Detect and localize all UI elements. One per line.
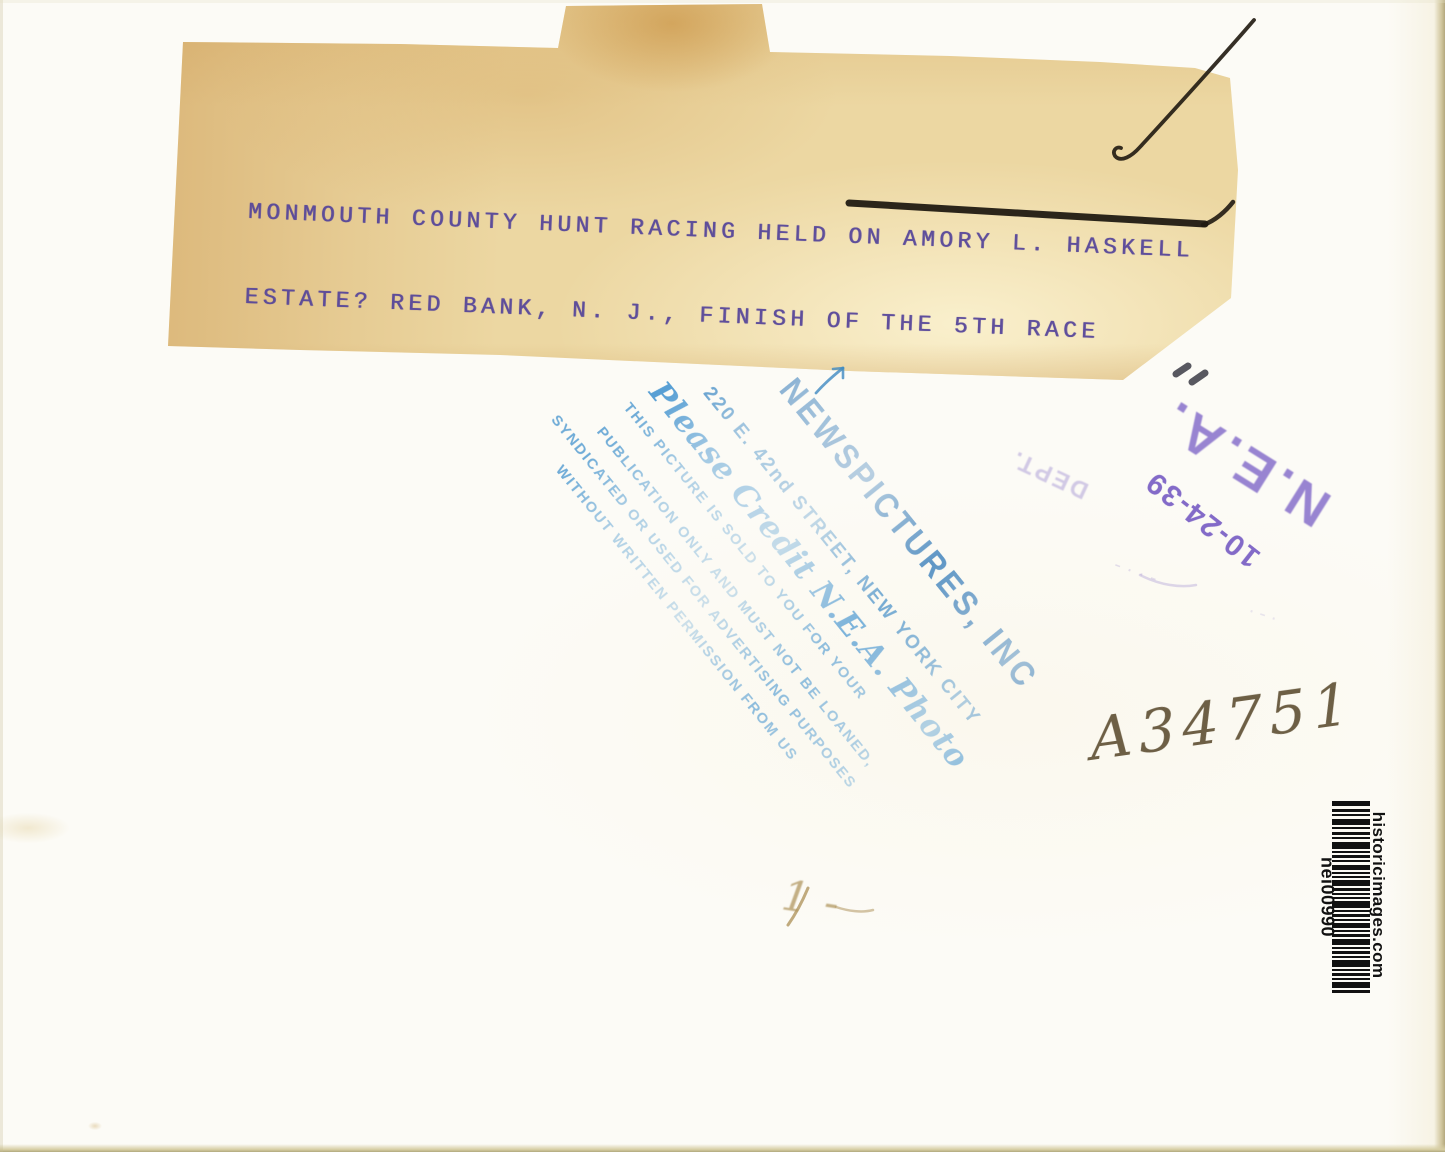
barcode-site-text: historicimages.com [1368, 812, 1388, 979]
scan-edge-bottom [0, 1144, 1445, 1152]
scan-edge-top [0, 0, 1445, 3]
barcode-icon [1332, 801, 1370, 993]
scan-edge-left [0, 0, 3, 1152]
scan-edge-right [1434, 0, 1445, 1152]
caption-line: MONMOUTH COUNTY HUNT RACING HELD ON AMOR… [248, 198, 1195, 265]
